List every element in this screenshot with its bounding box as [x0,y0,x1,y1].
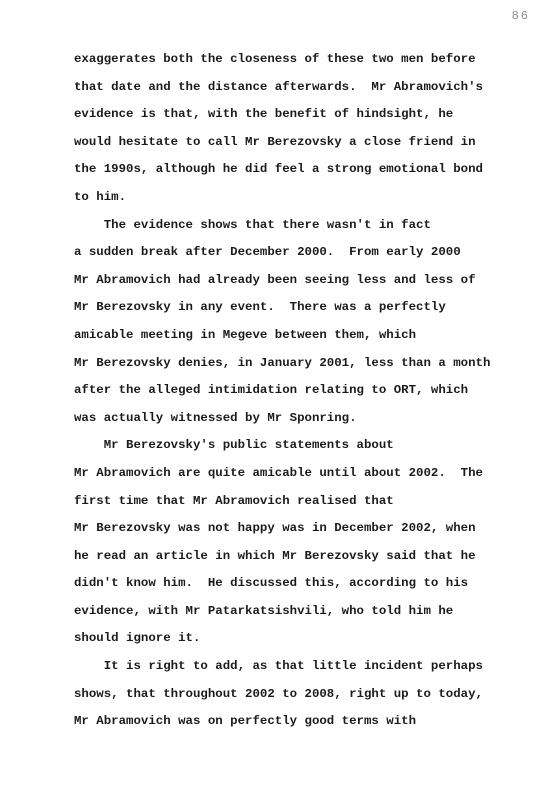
text-line: after the alleged intimidation relating … [74,377,544,405]
text-line: Mr Berezovsky's public statements about [74,432,544,460]
text-line: would hesitate to call Mr Berezovsky a c… [74,129,544,157]
text-line: didn't know him. He discussed this, acco… [74,570,544,598]
page-number: 86 [0,9,530,23]
text-line: evidence, with Mr Patarkatsishvili, who … [74,598,544,626]
text-line: Mr Abramovich are quite amicable until a… [74,460,544,488]
text-line: It is right to add, as that little incid… [74,653,544,681]
text-line: first time that Mr Abramovich realised t… [74,488,544,516]
text-line: Mr Berezovsky denies, in January 2001, l… [74,350,544,378]
text-line: exaggerates both the closeness of these … [74,46,544,74]
text-line: Mr Berezovsky was not happy was in Decem… [74,515,544,543]
text-line: should ignore it. [74,625,544,653]
text-line: he read an article in which Mr Berezovsk… [74,543,544,571]
text-line: amicable meeting in Megeve between them,… [74,322,544,350]
text-line: evidence is that, with the benefit of hi… [74,101,544,129]
text-line: Mr Berezovsky in any event. There was a … [74,294,544,322]
text-line: shows, that throughout 2002 to 2008, rig… [74,681,544,709]
transcript-text-block: exaggerates both the closeness of these … [74,46,544,736]
text-line: Mr Abramovich was on perfectly good term… [74,708,544,736]
text-line: was actually witnessed by Mr Sponring. [74,405,544,433]
text-line: to him. [74,184,544,212]
text-line: Mr Abramovich had already been seeing le… [74,267,544,295]
text-line: the 1990s, although he did feel a strong… [74,156,544,184]
text-line: The evidence shows that there wasn't in … [74,212,544,240]
text-line: that date and the distance afterwards. M… [74,74,544,102]
text-line: a sudden break after December 2000. From… [74,239,544,267]
document-page: 86 exaggerates both the closeness of the… [0,0,558,789]
